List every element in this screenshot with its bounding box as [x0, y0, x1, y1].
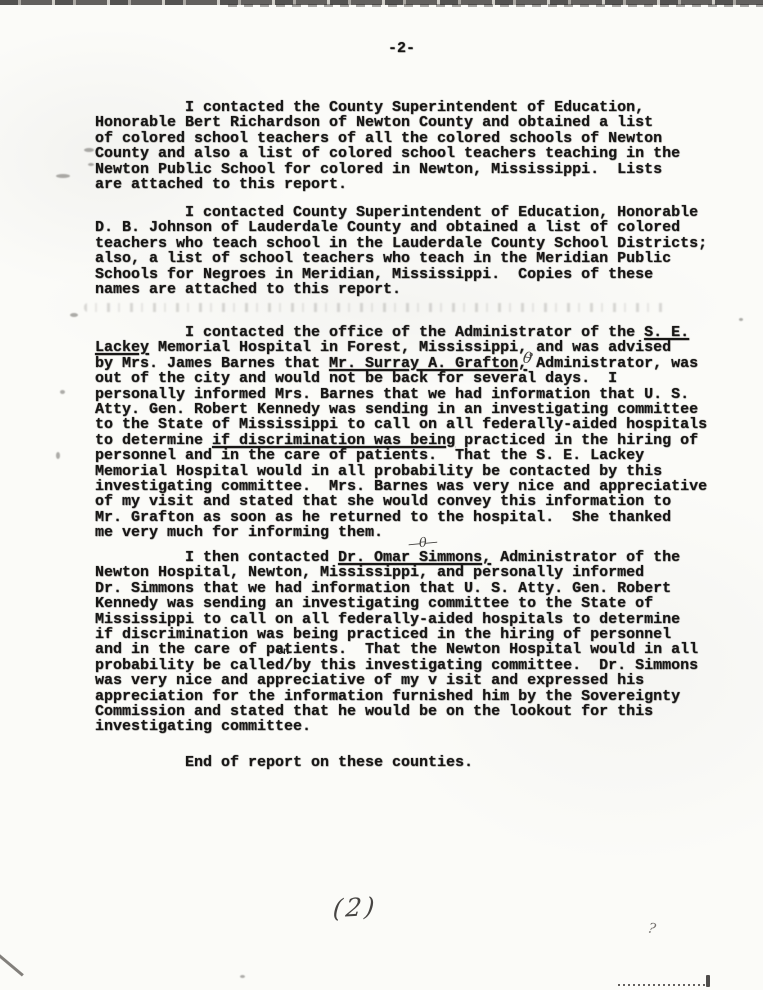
- report-paragraph-3: I contacted the office of the Administra…: [95, 325, 707, 541]
- scan-speck: [56, 174, 70, 178]
- handwritten-insert-mark-above-simmons: —θ—: [407, 535, 436, 552]
- report-paragraph-1: I contacted the County Superintendent of…: [95, 100, 680, 192]
- stray-question-mark: ?: [646, 920, 657, 937]
- scan-speck: [70, 313, 78, 317]
- scan-speck: [60, 390, 65, 394]
- scan-tick-bottom-right: [706, 975, 710, 987]
- handwritten-page-number: (2): [332, 892, 379, 923]
- typed-insertion-on-above-slash: on: [277, 647, 289, 658]
- closing-line: End of report on these counties.: [95, 755, 473, 770]
- scan-edge-artifact-top-secondary: [228, 4, 763, 7]
- scan-speck: [84, 148, 94, 152]
- scan-edge-artifact-top: [0, 0, 763, 5]
- scan-edge-artifact-bottom-right: [618, 984, 706, 986]
- printed-page-number: -2-: [388, 41, 415, 56]
- scan-speck: [739, 318, 743, 321]
- scan-smudge-row: [84, 303, 670, 312]
- scan-speck: [88, 163, 94, 166]
- scanned-document-page: -2- I contacted the County Superintenden…: [0, 0, 763, 990]
- scan-stroke-bottom-left: [0, 952, 24, 976]
- report-paragraph-4: I then contacted Dr. Omar Simmons, Admin…: [95, 550, 698, 735]
- scan-speck: [56, 452, 60, 459]
- report-paragraph-2: I contacted County Superintendent of Edu…: [95, 205, 707, 297]
- scan-speck: [240, 975, 245, 978]
